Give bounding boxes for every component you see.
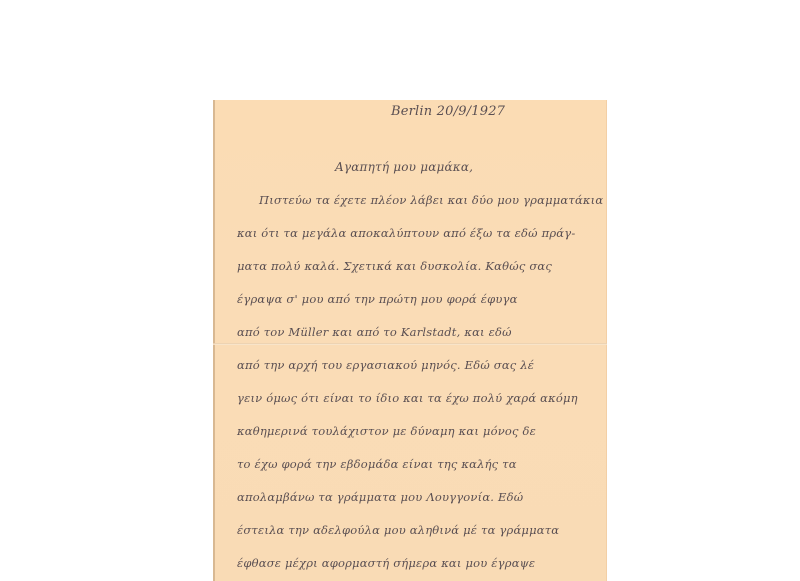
letter-salutation: Αγαπητή μου μαμάκα,: [335, 160, 473, 174]
letter-line: και ότι τα μεγάλα αποκαλύπτουν από έξω τ…: [237, 226, 575, 240]
letter-line: έγραψα σ' μου από την πρώτη μου φορά έφυ…: [237, 292, 518, 306]
letter-page: Berlin 20/9/1927 Αγαπητή μου μαμάκα, Πισ…: [213, 100, 607, 581]
letter-line: το έχω φορά την εβδομάδα είναι της καλής…: [237, 457, 517, 471]
letter-line: απολαμβάνω τα γράμματα μου Λουγγονία. Εδ…: [237, 490, 523, 504]
letter-line: καθημερινά τουλάχιστον με δύναμη και μόν…: [237, 424, 536, 438]
fold-crease: [213, 343, 607, 345]
letter-line: έστειλα την αδελφούλα μου αληθινά μέ τα …: [237, 523, 559, 537]
letter-line: από την αρχή του εργασιακού μηνός. Εδώ σ…: [237, 358, 534, 372]
letter-date: Berlin 20/9/1927: [391, 104, 505, 119]
letter-line: ματα πολύ καλά. Σχετικά και δυσκολία. Κα…: [237, 259, 552, 273]
letter-line: έφθασε μέχρι αφορμαστή σήμερα και μου έγ…: [237, 556, 535, 570]
letter-line: γειν όμως ότι είναι το ίδιο και τα έχω π…: [237, 391, 578, 405]
letter-line: Πιστεύω τα έχετε πλέον λάβει και δύο μου…: [259, 193, 603, 207]
letter-line: από τον Müller και από το Karlstadt, και…: [237, 325, 512, 339]
